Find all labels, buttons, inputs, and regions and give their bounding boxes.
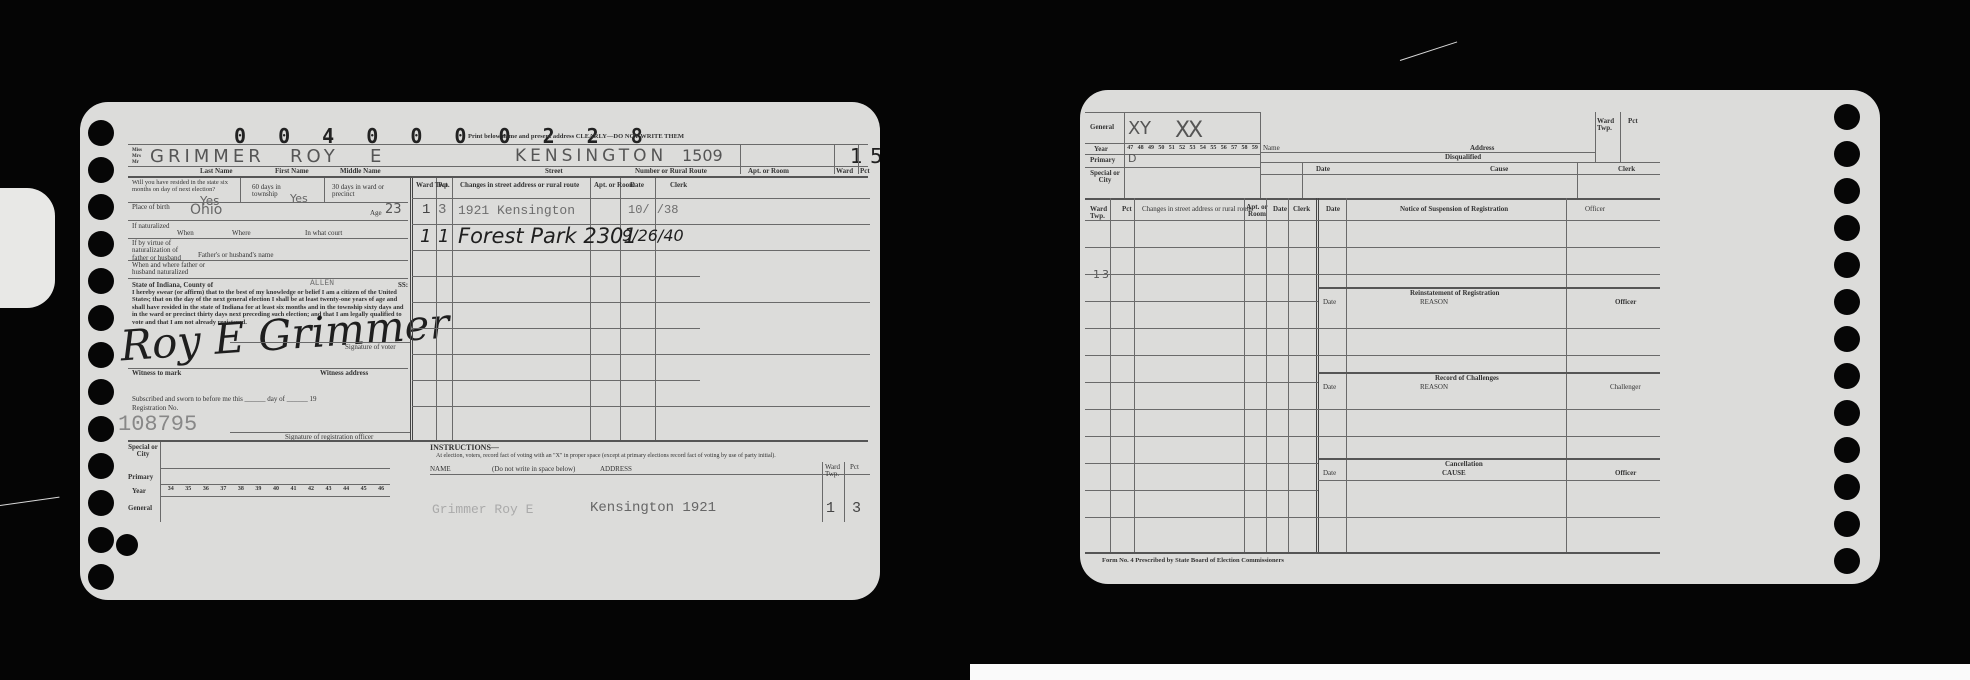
film-scratch (1400, 41, 1457, 60)
label-middle-name: Middle Name (340, 168, 381, 175)
punch-hole (1834, 548, 1860, 574)
year-cell: 35 (180, 486, 198, 496)
last-name: GRIMMER (150, 146, 265, 167)
divider (1620, 112, 1621, 162)
adjacent-card-edge (0, 188, 55, 308)
grid-label-general: General (1090, 124, 1114, 131)
form-footer: Form No. 4 Prescribed by State Board of … (1102, 558, 1284, 565)
changes-header-apt: Apt. or Room (1246, 204, 1268, 219)
punch-hole (88, 490, 114, 516)
divider (740, 144, 741, 174)
top-pct-label: Pct (1628, 118, 1638, 125)
divider (412, 276, 700, 277)
year-cell: 46 (372, 486, 390, 496)
divider (240, 178, 241, 202)
naturalized-where: Where (232, 230, 251, 237)
challenges-title: Record of Challenges (1435, 375, 1499, 382)
divider (1085, 517, 1660, 518)
divider (1346, 198, 1347, 552)
row-address: 1921 Kensington (458, 203, 575, 218)
instructions-title: INSTRUCTIONS— (430, 444, 499, 452)
vote-mark: Y (1140, 118, 1151, 139)
punch-hole (1834, 326, 1860, 352)
year-cell: 42 (302, 486, 320, 496)
changes-header-date: Date (1273, 206, 1287, 213)
suspension-header-notice: Notice of Suspension of Registration (1400, 206, 1508, 213)
bottom-typed-ward: 1 (826, 500, 835, 517)
cancellation-header-cause: CAUSE (1442, 470, 1466, 477)
signature-label: Signature of voter (345, 344, 396, 351)
divider (412, 302, 700, 303)
township-answer: Yes (290, 192, 308, 205)
row-ward: 1 (420, 226, 431, 247)
divider (160, 442, 161, 522)
divider (1566, 198, 1567, 552)
grid-label-special: Special or City (128, 444, 158, 459)
divider (1085, 198, 1660, 200)
changes-header-ward: Ward Twp. (1090, 206, 1110, 221)
punch-hole (88, 416, 114, 442)
witness-label: Witness to mark (132, 370, 181, 377)
suspension-header-date: Date (1326, 206, 1340, 213)
divider (590, 178, 591, 440)
divider (1085, 490, 1318, 491)
divider (822, 462, 823, 522)
year-cell: 58 (1239, 145, 1249, 154)
divider (412, 250, 700, 251)
divider (160, 468, 390, 469)
grid-label-special: Special or City (1090, 170, 1120, 185)
instructions-text: At election, voters, record fact of voti… (436, 453, 866, 459)
punch-hole (1834, 178, 1860, 204)
grid-label-year: Year (132, 488, 146, 495)
divider (128, 202, 408, 203)
film-edge-strip (970, 664, 1970, 680)
divider (1085, 436, 1318, 437)
top-ward-label: Ward Twp. (1597, 118, 1617, 133)
bottom-typed-address: Kensington 1921 (590, 500, 716, 516)
divider (410, 178, 411, 440)
pct-number: 5 (870, 144, 880, 168)
label-pct: Pct (860, 168, 870, 175)
label-number: Number or Rural Route (635, 168, 707, 175)
year-row: 34 35 36 37 38 39 40 41 42 43 44 45 46 (162, 486, 390, 496)
divider (1085, 355, 1660, 356)
label-apt: Apt. or Room (748, 168, 789, 175)
year-cell: 50 (1156, 145, 1166, 154)
year-cell: 36 (197, 486, 215, 496)
divider (1260, 152, 1595, 153)
label-street: Street (545, 168, 563, 175)
divider (655, 178, 656, 440)
year-cell: 43 (320, 486, 338, 496)
row-date: 9/26/40 (622, 226, 684, 245)
sworn-text: Subscribed and sworn to before me this _… (132, 396, 317, 403)
vote-mark: X (1128, 118, 1140, 139)
divider (1085, 409, 1660, 410)
year-cell: 44 (337, 486, 355, 496)
year-cell: 40 (267, 486, 285, 496)
year-cell: 45 (355, 486, 373, 496)
divider (620, 178, 621, 440)
divider (1085, 301, 1318, 302)
first-name: ROY (290, 146, 339, 167)
naturalized-court: In what court (305, 230, 342, 237)
changes-header-address: Changes in street address or rural route (460, 182, 579, 189)
punch-hole (88, 342, 114, 368)
divider (1085, 247, 1318, 248)
divider (1085, 274, 1660, 275)
vote-mark: X (1188, 118, 1203, 143)
challenges-header-date: Date (1323, 384, 1336, 391)
year-cell: 53 (1187, 145, 1197, 154)
divider (1260, 112, 1261, 198)
divider (128, 176, 868, 178)
year-cell: 48 (1135, 145, 1145, 154)
father-naturalized-label: When and where father or husband natural… (132, 262, 212, 277)
divider (700, 406, 870, 407)
divider (412, 198, 700, 199)
title-mrs: Mrs (132, 154, 141, 159)
row-pct: 3 (438, 202, 446, 218)
disq-cause-label: Cause (1490, 166, 1508, 173)
punch-hole (1834, 252, 1860, 278)
label-first-name: First Name (275, 168, 309, 175)
year-cell: 59 (1250, 145, 1260, 154)
bottom-note: (Do not write in space below) (492, 466, 575, 473)
year-row: 47 48 49 50 51 52 53 54 55 56 57 58 59 (1125, 145, 1260, 154)
primary-mark: D (1128, 152, 1136, 165)
divider (834, 144, 835, 174)
reinstatement-header-date: Date (1323, 299, 1336, 306)
divider (1318, 198, 1319, 552)
year-cell: 49 (1146, 145, 1156, 154)
grid-label-primary: Primary (1090, 157, 1115, 164)
street: KENSINGTON (515, 146, 667, 166)
year-cell: 52 (1177, 145, 1187, 154)
divider (1124, 112, 1125, 198)
divider (1244, 198, 1245, 552)
divider (128, 440, 868, 442)
divider (412, 354, 700, 355)
disq-date-label: Date (1316, 166, 1330, 173)
residence-question: Will you have resided in the state six m… (132, 180, 232, 194)
punch-hole (1834, 511, 1860, 537)
punch-hole (88, 453, 114, 479)
naturalized-when: When (177, 230, 194, 237)
punch-hole (1834, 104, 1860, 130)
divider (1085, 112, 1260, 113)
divider (858, 144, 859, 174)
divider (436, 178, 437, 440)
punch-hole (88, 268, 114, 294)
divider (128, 144, 868, 145)
reinstatement-title: Reinstatement of Registration (1410, 290, 1499, 297)
place-of-birth: Ohio (190, 202, 222, 218)
divider (700, 250, 870, 251)
virtue-label: If by virtue of naturalization of father… (132, 240, 190, 262)
year-cell: 38 (232, 486, 250, 496)
year-cell: 54 (1198, 145, 1208, 154)
divider (1318, 247, 1660, 248)
divider (1318, 436, 1660, 437)
reinstatement-header-officer: Officer (1615, 299, 1636, 306)
divider (412, 380, 700, 381)
father-name-label: Father's or husband's name (198, 252, 273, 259)
divider (1288, 198, 1289, 552)
divider (160, 484, 390, 485)
row-address: Forest Park 2301 (458, 224, 637, 248)
street-number: 1509 (682, 146, 723, 165)
divider (128, 220, 408, 221)
divider (700, 302, 870, 303)
divider (1266, 198, 1267, 552)
punch-hole (88, 379, 114, 405)
bottom-name-label: NAME (430, 466, 451, 473)
divider (1318, 458, 1660, 460)
divider (700, 198, 870, 199)
changes-header-apt: Apt. or Room (594, 182, 635, 189)
bottom-address-label: ADDRESS (600, 466, 632, 473)
grid-label-general: General (128, 505, 152, 512)
registration-card-back: General Year Primary Special or City 47 … (1080, 90, 1880, 584)
changes-header-date: Date (630, 182, 644, 189)
witness-address-label: Witness address (320, 370, 368, 377)
county: ALLEN (310, 279, 334, 288)
punch-hole (1834, 215, 1860, 241)
place-of-birth-label: Place of birth (132, 204, 172, 211)
grid-label-year: Year (1094, 146, 1108, 153)
bottom-pct-label: Pct (850, 464, 859, 471)
bottom-typed-name: Grimmer Roy E (432, 502, 533, 517)
title-mr: Mr (132, 160, 139, 165)
divider (1260, 174, 1660, 175)
cancellation-header-officer: Officer (1615, 470, 1636, 477)
label-last-name: Last Name (200, 168, 232, 175)
punch-hole (88, 157, 114, 183)
punch-hole (88, 305, 114, 331)
disqualified-label: Disqualified (1445, 154, 1481, 161)
label-ward: Ward (836, 168, 853, 175)
divider (412, 178, 413, 440)
divider (1085, 328, 1318, 329)
year-cell: 39 (250, 486, 268, 496)
divider (700, 224, 870, 225)
reinstatement-header-reason: REASON (1420, 299, 1448, 306)
film-scratch (0, 497, 59, 506)
punch-hole (1834, 141, 1860, 167)
divider (128, 278, 408, 279)
divider (700, 354, 870, 355)
punch-hole (1834, 289, 1860, 315)
punch-hole (1834, 437, 1860, 463)
divider (1595, 112, 1596, 162)
punch-hole (1834, 474, 1860, 500)
registration-card-front: 0 0 4 0 0 0 0 2 2 8 Print below name and… (80, 102, 880, 600)
divider (1318, 328, 1660, 329)
divider (1316, 198, 1317, 552)
changes-header-pct: Pct (1122, 206, 1132, 213)
divider (160, 496, 390, 497)
year-cell: 56 (1219, 145, 1229, 154)
year-cell: 57 (1229, 145, 1239, 154)
age: 23 (385, 202, 402, 217)
bottom-ward-label: Ward Twp. (825, 464, 843, 479)
year-cell: 37 (215, 486, 233, 496)
disq-clerk-label: Clerk (1618, 166, 1635, 173)
grid-label-primary: Primary (128, 474, 153, 481)
row-pct: 1 (438, 226, 449, 247)
suspension-header-officer: Officer (1585, 206, 1605, 213)
cancellation-header-date: Date (1323, 470, 1336, 477)
year-cell: 55 (1208, 145, 1218, 154)
divider (1302, 162, 1303, 198)
divider (430, 474, 870, 475)
precinct-label: 30 days in ward or precinct (332, 184, 402, 199)
divider (1085, 154, 1260, 155)
divider (1134, 198, 1135, 552)
bottom-typed-pct: 3 (852, 500, 861, 517)
divider (1085, 143, 1260, 144)
divider (1085, 220, 1660, 221)
changes-header-clerk: Clerk (670, 182, 687, 189)
row-date: 10/ /38 (628, 203, 678, 217)
title-miss: Miss (132, 148, 142, 153)
middle-name: E (370, 146, 381, 167)
divider (1577, 162, 1578, 198)
challenges-header-reason: REASON (1420, 384, 1448, 391)
divider (1085, 463, 1318, 464)
year-cell: 51 (1167, 145, 1177, 154)
punch-hole (1834, 400, 1860, 426)
age-label: Age (370, 210, 382, 217)
changes-header-pct: Pct (438, 182, 448, 189)
divider (412, 406, 700, 407)
year-cell: 41 (285, 486, 303, 496)
punch-hole (88, 231, 114, 257)
punch-hole (88, 120, 114, 146)
divider (844, 462, 845, 522)
ward-number: 1 (850, 144, 863, 168)
changes-header-clerk: Clerk (1293, 206, 1310, 213)
punch-hole (116, 534, 138, 556)
punch-hole (88, 564, 114, 590)
divider (1260, 162, 1660, 163)
row-ward: 1 (422, 202, 430, 218)
divider (1110, 198, 1111, 552)
header-instruction: Print below name and present address CLE… (468, 134, 684, 141)
divider (452, 178, 453, 440)
year-cell: 34 (162, 486, 180, 496)
divider (324, 178, 325, 202)
divider (1085, 382, 1318, 383)
divider (412, 328, 700, 329)
punch-hole (88, 527, 114, 553)
divider (1085, 552, 1660, 554)
challenges-header-challenger: Challenger (1610, 384, 1641, 391)
divider (1085, 167, 1260, 168)
registration-number: 108795 (118, 412, 197, 437)
cancellation-title: Cancellation (1445, 461, 1483, 468)
punch-hole (1834, 363, 1860, 389)
punch-hole (88, 194, 114, 220)
naturalized-label: If naturalized (132, 223, 172, 230)
changes-header-address: Changes in street address or rural route (1142, 206, 1252, 213)
divider (1318, 480, 1660, 481)
